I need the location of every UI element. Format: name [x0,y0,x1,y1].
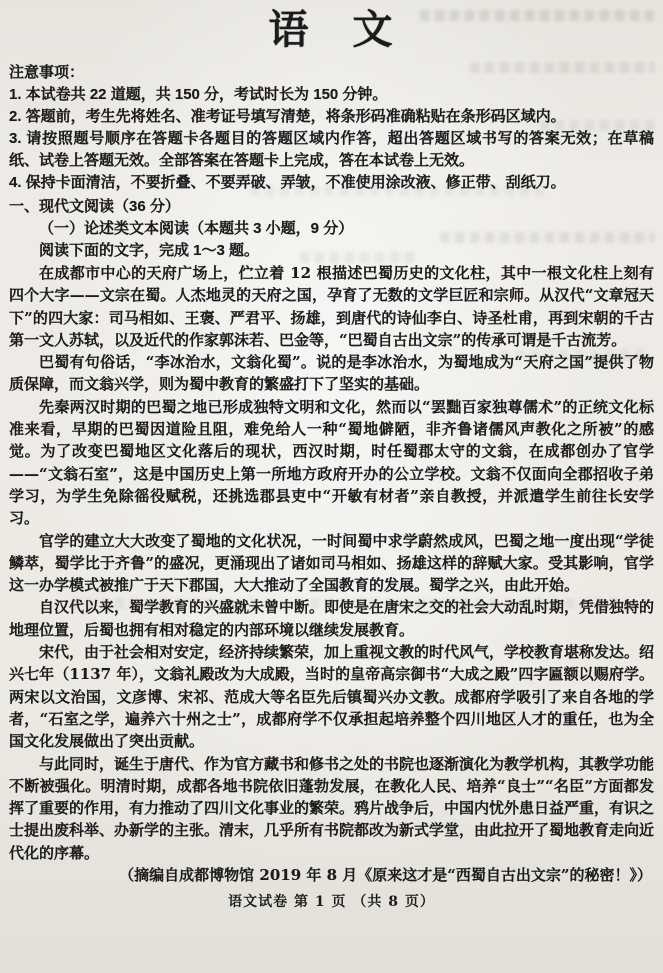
section-heading-modern-reading: 一、现代文阅读（36 分） [9,196,654,218]
notice-heading: 注意事项： [9,62,654,84]
passage-paragraph-2: 巴蜀有句俗话，“李冰治水，文翁化蜀”。说的是李冰治水，为蜀地成为“天府之国”提供… [9,351,654,396]
passage-attribution: （摘编自成都博物馆 2019 年 8 月《原来这才是“西蜀自古出文宗”的秘密！》… [9,864,652,886]
passage-subheading: （一）论述类文本阅读（本题共 3 小题，9 分） [9,218,654,240]
page-title: 语 文 [9,4,654,56]
passage-paragraph-7: 与此同时，诞生于唐代、作为官方藏书和修书之处的书院也逐渐演化为教学机构，其教学功… [9,753,654,864]
passage-paragraph-5: 自汉代以来，蜀学教育的兴盛就未曾中断。即使是在唐宋之交的社会大动乱时期，凭借独特… [9,596,654,641]
notice-section: 注意事项： 1. 本试卷共 22 道题，共 150 分，考试时长为 150 分钟… [9,62,654,194]
passage-instruction: 阅读下面的文字，完成 1～3 题。 [9,240,654,262]
notice-item-2: 2. 答题前，考生先将姓名、准考证号填写清楚，将条形码准确粘贴在条形码区域内。 [9,106,654,128]
notice-item-1: 1. 本试卷共 22 道题，共 150 分，考试时长为 150 分钟。 [9,84,654,106]
notice-item-4: 4. 保持卡面清洁，不要折叠、不要弄破、弄皱，不准使用涂改液、修正带、刮纸刀。 [9,172,654,194]
page-footer: 语文试卷 第 1 页 （共 8 页） [9,891,654,911]
reading-passage: 在成都市中心的天府广场上，伫立着 12 根描述巴蜀历史的文化柱，其中一根文化柱上… [9,262,654,864]
notice-item-3: 3. 请按照题号顺序在答题卡各题目的答题区域内作答，超出答题区域书写的答案无效；… [9,128,654,172]
passage-paragraph-3: 先秦两汉时期的巴蜀之地已形成独特文明和文化，然而以“罢黜百家独尊儒术”的正统文化… [9,396,654,530]
exam-paper-page: 语 文 注意事项： 1. 本试卷共 22 道题，共 150 分，考试时长为 15… [0,0,663,973]
passage-paragraph-4: 官学的建立大大改变了蜀地的文化状况，一时间蜀中求学蔚然成风，巴蜀之地一度出现“学… [9,530,654,597]
passage-paragraph-1: 在成都市中心的天府广场上，伫立着 12 根描述巴蜀历史的文化柱，其中一根文化柱上… [9,262,654,351]
passage-paragraph-6: 宋代，由于社会相对安定，经济持续繁荣，加上重视文教的时代风气，学校教育堪称发达。… [9,641,654,752]
